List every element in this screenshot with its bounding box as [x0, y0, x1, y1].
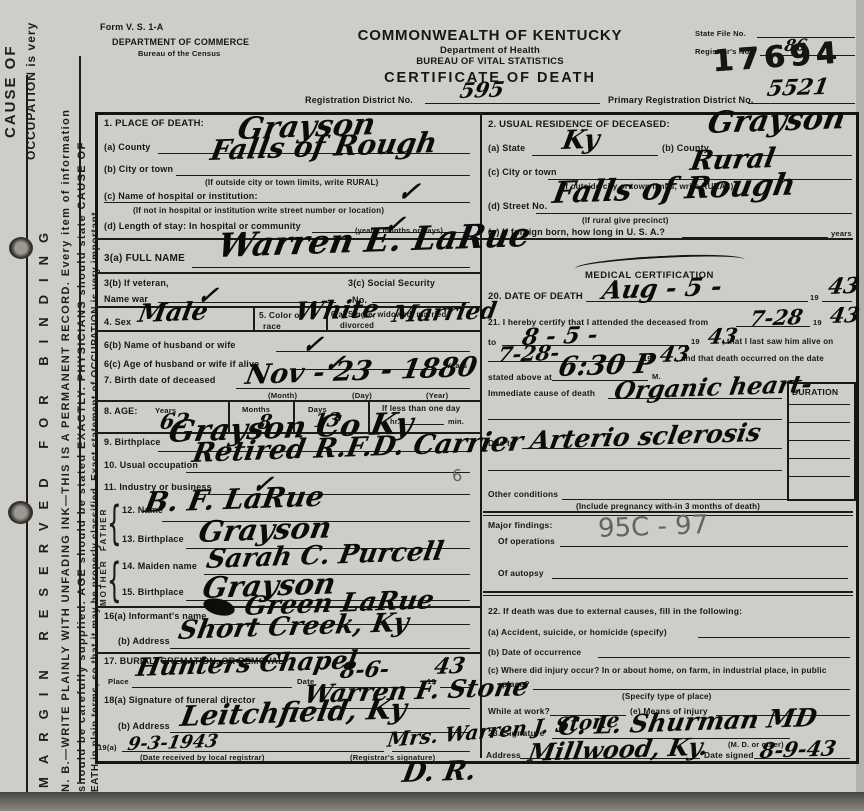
other-conditions-line: [562, 499, 850, 500]
date-signed-value: 8-9-43: [758, 735, 838, 763]
registrar-initials: D. R.: [400, 755, 479, 789]
findings-bottom-line-a: [483, 591, 853, 593]
margin-binding-text: MARGIN RESERVED FOR BINDING: [36, 220, 51, 788]
form-number: Form V. S. 1-A: [100, 22, 163, 32]
duration-line-3: [789, 440, 850, 441]
operations-line: [560, 546, 848, 547]
fullname-line: [192, 267, 470, 268]
residence-foreign-line: [682, 237, 828, 238]
duration-line-1: [789, 404, 850, 405]
from-year-value: 43: [828, 302, 862, 328]
reg-district-line: [425, 103, 600, 104]
place-city-line: [176, 175, 470, 176]
last-saw-value: 7-28-: [496, 340, 562, 367]
file-number-stamp: 17694: [711, 36, 843, 80]
duration-line-4: [789, 458, 850, 459]
last-year-value: 43: [658, 341, 692, 367]
duration-line-5: [789, 476, 850, 477]
bottom-scan-band: [0, 792, 864, 811]
registrar-date-value: 9-3-1943: [126, 731, 220, 755]
occupation-line: [186, 472, 470, 473]
operations-value: 95C - 97: [598, 510, 709, 544]
primary-district-label: Primary Registration District No.: [608, 95, 754, 105]
fullname-bottom-line: [95, 272, 480, 274]
dod-year-value: 43: [826, 273, 861, 300]
external-a-line: [698, 637, 850, 638]
punch-hole-top: [9, 237, 33, 259]
dept-commerce: DEPARTMENT OF COMMERCE: [112, 37, 249, 47]
neighbor-cause-of-text: CAUSE OF: [2, 44, 19, 138]
commonwealth-title: COMMONWEALTH OF KENTUCKY: [330, 27, 650, 44]
attended-from-value: 7-28: [748, 304, 805, 331]
dept-health: Department of Health: [330, 45, 650, 56]
residence-street-line: [536, 213, 852, 214]
reg-district-value: 595: [458, 76, 506, 103]
row7-bottom-line: [95, 400, 480, 402]
pencil-mark-six: 6: [452, 466, 463, 485]
due-blank-line: [488, 470, 782, 471]
registrar-sig-line: [392, 751, 470, 752]
autopsy-line: [552, 578, 848, 579]
external-b-line: [598, 657, 850, 658]
bureau-census: Bureau of the Census: [138, 49, 220, 58]
cell-divider-sex: [253, 306, 255, 330]
external-c-line: [533, 689, 850, 690]
burial-place-line: [132, 687, 292, 688]
margin-nb-line2: should be carefully supplied. AGE should…: [76, 141, 88, 792]
marital-value: Married: [390, 297, 499, 328]
row4-bottom-line: [95, 330, 480, 332]
duration-box: [787, 382, 856, 501]
findings-bottom-line-b: [483, 595, 853, 596]
duration-line-2: [789, 422, 850, 423]
punch-hole-bottom: [8, 501, 33, 524]
race-value: White: [293, 294, 381, 326]
residence-county-value: Grayson: [705, 101, 848, 141]
page-edge-line: [79, 56, 81, 782]
to-year-value: 43: [706, 323, 740, 349]
primary-district-value: 5521: [765, 74, 831, 102]
fold-line: [26, 75, 28, 811]
state-file-label: State File No.: [695, 29, 746, 38]
bureau-vital: BUREAU OF VITAL STATISTICS: [330, 56, 650, 67]
dod-value: Aug - 5 -: [600, 272, 724, 305]
margin-nb-line1: N. B.—WRITE PLAINLY WITH UNFADING INK—TH…: [60, 109, 72, 792]
residence-state-value: Ky: [560, 125, 602, 156]
sex-value: Male: [136, 296, 210, 328]
reg-district-label: Registration District No.: [305, 95, 413, 105]
residence-state-line: [532, 155, 658, 156]
scanned-death-certificate: CAUSE OF OCCUPATION is very MARGIN RESER…: [0, 0, 864, 811]
